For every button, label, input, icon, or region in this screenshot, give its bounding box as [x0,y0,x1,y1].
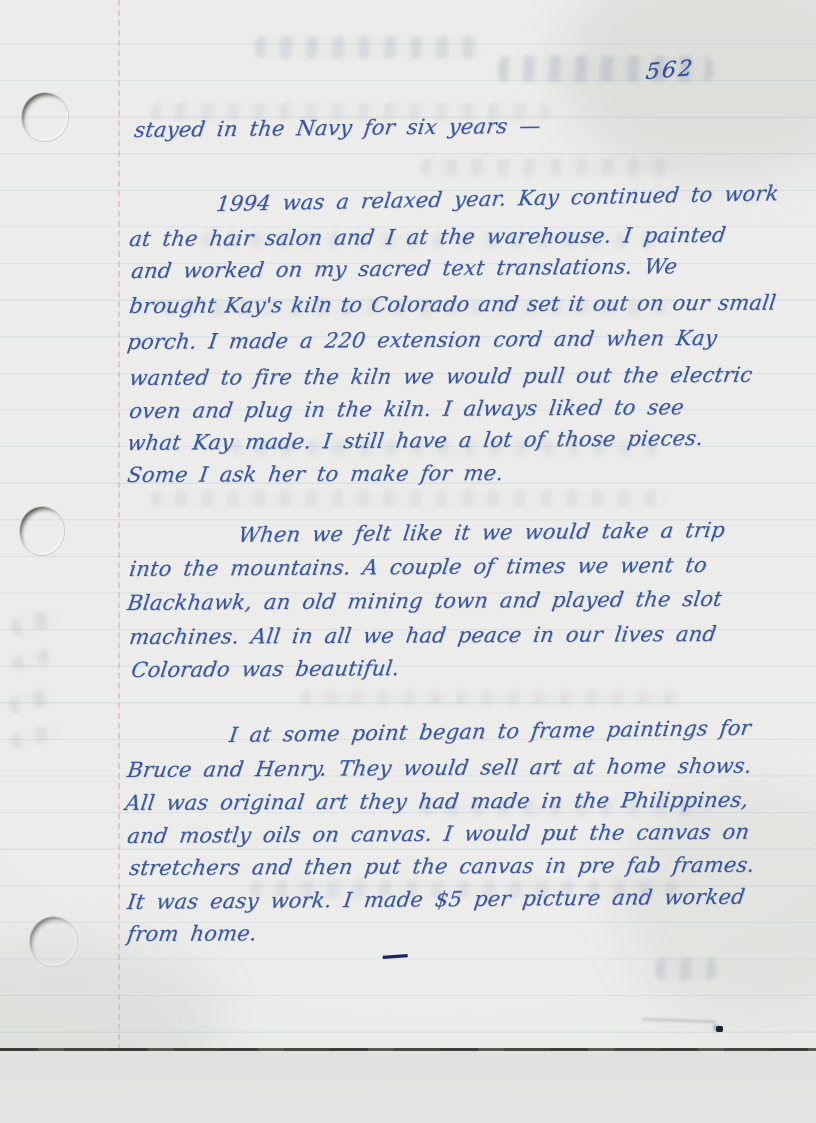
section-break-dash: — [380,937,408,972]
bleedthrough-smudge [150,490,670,507]
hole-punch [19,506,65,556]
bleedthrough-smudge [7,686,58,714]
handwriting-line: It was easy work. I made $5 per picture … [126,887,746,913]
handwriting-line: wanted to fire the kiln we would pull ou… [128,365,754,389]
margin-line [118,0,120,1050]
handwriting-line: what Kay made. I still have a lot of tho… [126,428,704,454]
handwriting-line: and worked on my sacred text translation… [130,256,679,282]
handwriting-line: machines. All in all we had peace in our… [128,624,718,648]
page-number: 562 [645,56,696,85]
handwriting-line: 1994 was a relaxed year. Kay continued t… [215,183,780,215]
handwriting-line: Bruce and Henry. They would sell art at … [126,756,753,781]
handwriting-line: from home. [126,923,258,945]
hole-punch [21,92,69,142]
hole-punch [29,916,78,967]
handwriting-line: Some I ask her to make for me. [126,463,505,486]
scanned-handwritten-page: 562 stayed in the Navy for six years — 1… [0,0,816,1123]
handwriting-line: Blackhawk, an old mining town and played… [126,589,723,614]
handwriting-line: oven and plug in the kiln. I always like… [128,397,685,422]
handwriting-line: into the mountains. A couple of times we… [128,555,708,580]
handwriting-line: Colorado was beautiful. [130,658,401,681]
scratch-mark [642,1018,716,1024]
handwriting-line: porch. I made a 220 extension cord and w… [126,328,718,353]
bleedthrough-smudge [420,158,680,176]
handwriting-line: All was original art they had made in th… [124,790,750,814]
scanner-bed [0,1051,816,1123]
bleedthrough-smudge [255,36,480,58]
bleedthrough-smudge [9,722,63,750]
handwriting-line: at the hair salon and I at the warehouse… [128,225,727,250]
handwriting-line: When we felt like it we would take a tri… [237,520,726,546]
handwriting-line: brought Kay's kiln to Colorado and set i… [128,293,777,317]
bleedthrough-smudge [11,647,55,672]
handwriting-line: and mostly oils on canvas. I would put t… [126,822,751,847]
bleedthrough-smudge [655,958,717,980]
handwriting-line: I at some point began to frame paintings… [228,718,752,746]
ink-speck [716,1026,723,1032]
handwriting-line: stretchers and then put the canvas in pr… [128,855,756,879]
bleedthrough-smudge [300,690,680,706]
handwriting-line: stayed in the Navy for six years — [133,116,542,141]
scan-shade [560,0,816,180]
bleedthrough-smudge [9,608,62,637]
